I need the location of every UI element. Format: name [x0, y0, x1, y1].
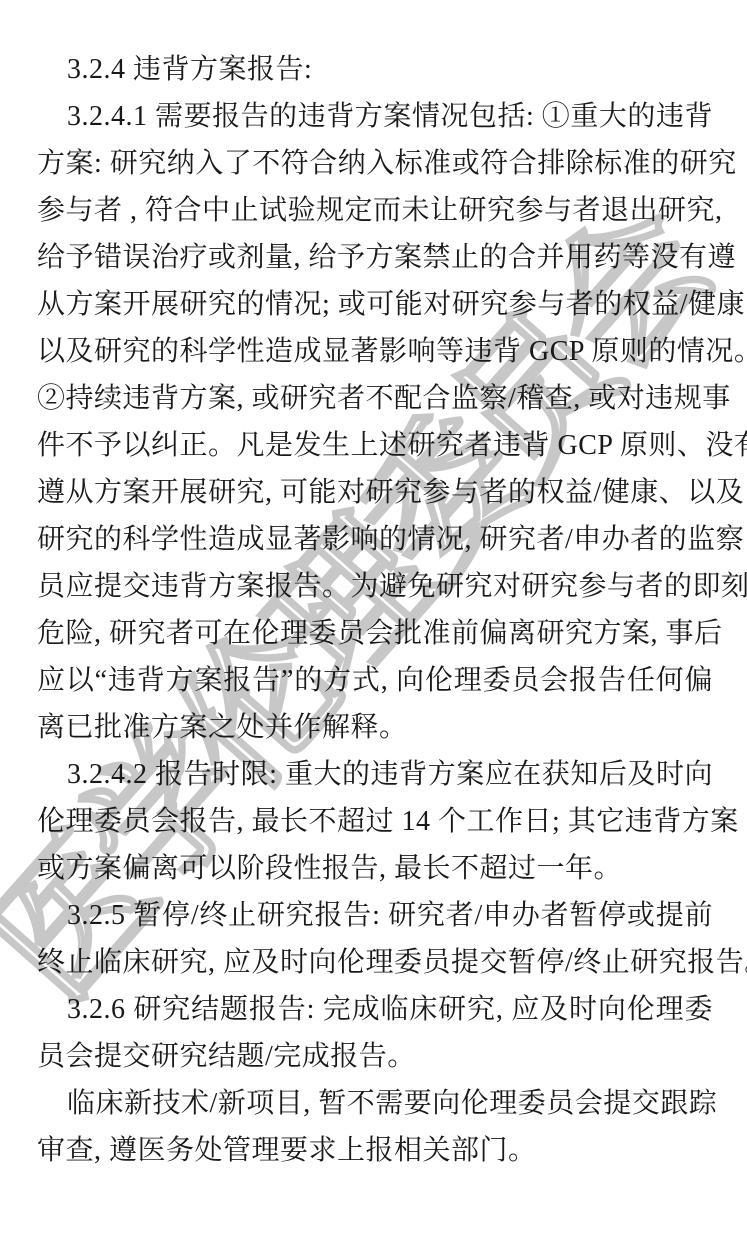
text-line: 离已批准方案之处并作解释。: [37, 704, 713, 751]
text-line: 3.2.5 暂停/终止研究报告: 研究者/申办者暂停或提前: [37, 892, 713, 939]
text-line: 方案: 研究纳入了不符合纳入标准或符合排除标准的研究: [37, 140, 713, 187]
text-line: 或方案偏离可以阶段性报告, 最长不超过一年。: [37, 845, 713, 892]
text-line: 参与者 , 符合中止试验规定而未让研究参与者退出研究,: [37, 187, 713, 234]
text-line: 3.2.4.1 需要报告的违背方案情况包括: ①重大的违背: [37, 93, 713, 140]
document-body: 3.2.4 违背方案报告:3.2.4.1 需要报告的违背方案情况包括: ①重大的…: [37, 46, 713, 1174]
text-line: 以及研究的科学性造成显著影响等违背 GCP 原则的情况。: [37, 328, 713, 375]
text-line: 审查, 遵医务处管理要求上报相关部门。: [37, 1127, 713, 1174]
text-line: 3.2.6 研究结题报告: 完成临床研究, 应及时向伦理委: [37, 986, 713, 1033]
text-line: 临床新技术/新项目, 暂不需要向伦理委员会提交跟踪: [37, 1080, 713, 1127]
text-line: 遵从方案开展研究, 可能对研究参与者的权益/健康、以及: [37, 469, 713, 516]
text-line: 员应提交违背方案报告。为避免研究对研究参与者的即刻: [37, 563, 713, 610]
text-line: 伦理委员会报告, 最长不超过 14 个工作日; 其它违背方案: [37, 798, 713, 845]
text-line: ②持续违背方案, 或研究者不配合监察/稽查, 或对违规事: [37, 375, 713, 422]
text-line: 危险, 研究者可在伦理委员会批准前偏离研究方案, 事后: [37, 610, 713, 657]
document-page: 医学伦理委员会 3.2.4 违背方案报告:3.2.4.1 需要报告的违背方案情况…: [0, 0, 747, 1255]
text-line: 给予错误治疗或剂量, 给予方案禁止的合并用药等没有遵: [37, 234, 713, 281]
text-line: 3.2.4 违背方案报告:: [37, 46, 713, 93]
text-line: 应以“违背方案报告”的方式, 向伦理委员会报告任何偏: [37, 657, 713, 704]
text-line: 3.2.4.2 报告时限: 重大的违背方案应在获知后及时向: [37, 751, 713, 798]
text-line: 从方案开展研究的情况; 或可能对研究参与者的权益/健康: [37, 281, 713, 328]
text-line: 终止临床研究, 应及时向伦理委员提交暂停/终止研究报告。: [37, 939, 713, 986]
text-line: 研究的科学性造成显著影响的情况, 研究者/申办者的监察: [37, 516, 713, 563]
text-line: 件不予以纠正。凡是发生上述研究者违背 GCP 原则、没有: [37, 422, 713, 469]
text-line: 员会提交研究结题/完成报告。: [37, 1033, 713, 1080]
